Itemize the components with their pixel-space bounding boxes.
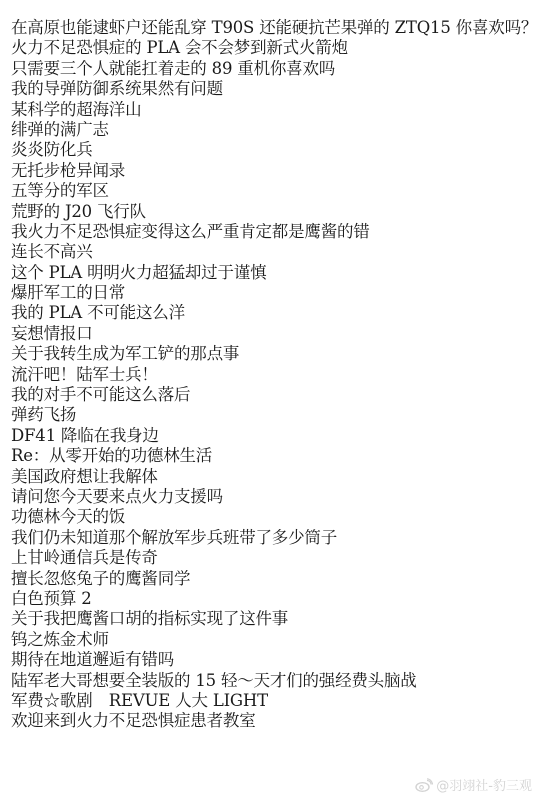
text-document: 在高原也能逮虾户还能乱穿 T90S 还能硬抗芒果弹的 ZTQ15 你喜欢吗？ 火…: [11, 18, 536, 732]
list-item: 只需要三个人就能扛着走的 89 重机你喜欢吗: [11, 59, 536, 79]
list-item: 五等分的军区: [11, 181, 536, 201]
list-item: 功德林今天的饭: [11, 507, 536, 527]
weibo-logo-icon: [415, 778, 433, 792]
list-item: 我们仍未知道那个解放军步兵班带了多少筒子: [11, 528, 536, 548]
list-item: 关于我转生成为军工铲的那点事: [11, 344, 536, 364]
list-item: 美国政府想让我解体: [11, 467, 536, 487]
list-item: 炎炎防化兵: [11, 140, 536, 160]
list-item: 我的 PLA 不可能这么洋: [11, 303, 536, 323]
list-item: 军费☆歌剧 REVUE 人大 LIGHT: [11, 691, 536, 711]
list-item: 请问您今天要来点火力支援吗: [11, 487, 536, 507]
list-item: 关于我把鹰酱口胡的指标实现了这件事: [11, 609, 536, 629]
list-item: 爆肝军工的日常: [11, 283, 536, 303]
list-item: 无托步枪异闻录: [11, 161, 536, 181]
watermark: @羽翊社-豹三观: [415, 775, 532, 794]
list-item: 荒野的 J20 飞行队: [11, 202, 536, 222]
list-item: DF41 降临在我身边: [11, 426, 536, 446]
list-item: Re：从零开始的功德林生活: [11, 446, 536, 466]
list-item: 连长不高兴: [11, 242, 536, 262]
list-item: 我火力不足恐惧症变得这么严重肯定都是鹰酱的错: [11, 222, 536, 242]
list-item: 陆军老大哥想要全装版的 15 轻～天才们的强经费头脑战: [11, 671, 536, 691]
watermark-text: @羽翊社-豹三观: [436, 775, 532, 794]
list-item: 擅长忽悠兔子的鹰酱同学: [11, 569, 536, 589]
list-item: 在高原也能逮虾户还能乱穿 T90S 还能硬抗芒果弹的 ZTQ15 你喜欢吗？: [11, 18, 536, 38]
list-item: 我的对手不可能这么落后: [11, 385, 536, 405]
list-item: 火力不足恐惧症的 PLA 会不会梦到新式火箭炮: [11, 38, 536, 58]
list-item: 期待在地道邂逅有错吗: [11, 650, 536, 670]
list-item: 欢迎来到火力不足恐惧症患者教室: [11, 711, 536, 731]
list-item: 上甘岭通信兵是传奇: [11, 548, 536, 568]
list-item: 绯弹的满广志: [11, 120, 536, 140]
list-item: 流汗吧！陆军士兵！: [11, 365, 536, 385]
list-item: 白色预算 2: [11, 589, 536, 609]
list-item: 妄想情报口: [11, 324, 536, 344]
list-item: 钨之炼金术师: [11, 630, 536, 650]
list-item: 某科学的超海洋山: [11, 100, 536, 120]
list-item: 我的导弹防御系统果然有问题: [11, 79, 536, 99]
list-item: 弹药飞扬: [11, 405, 536, 425]
list-item: 这个 PLA 明明火力超猛却过于谨慎: [11, 263, 536, 283]
